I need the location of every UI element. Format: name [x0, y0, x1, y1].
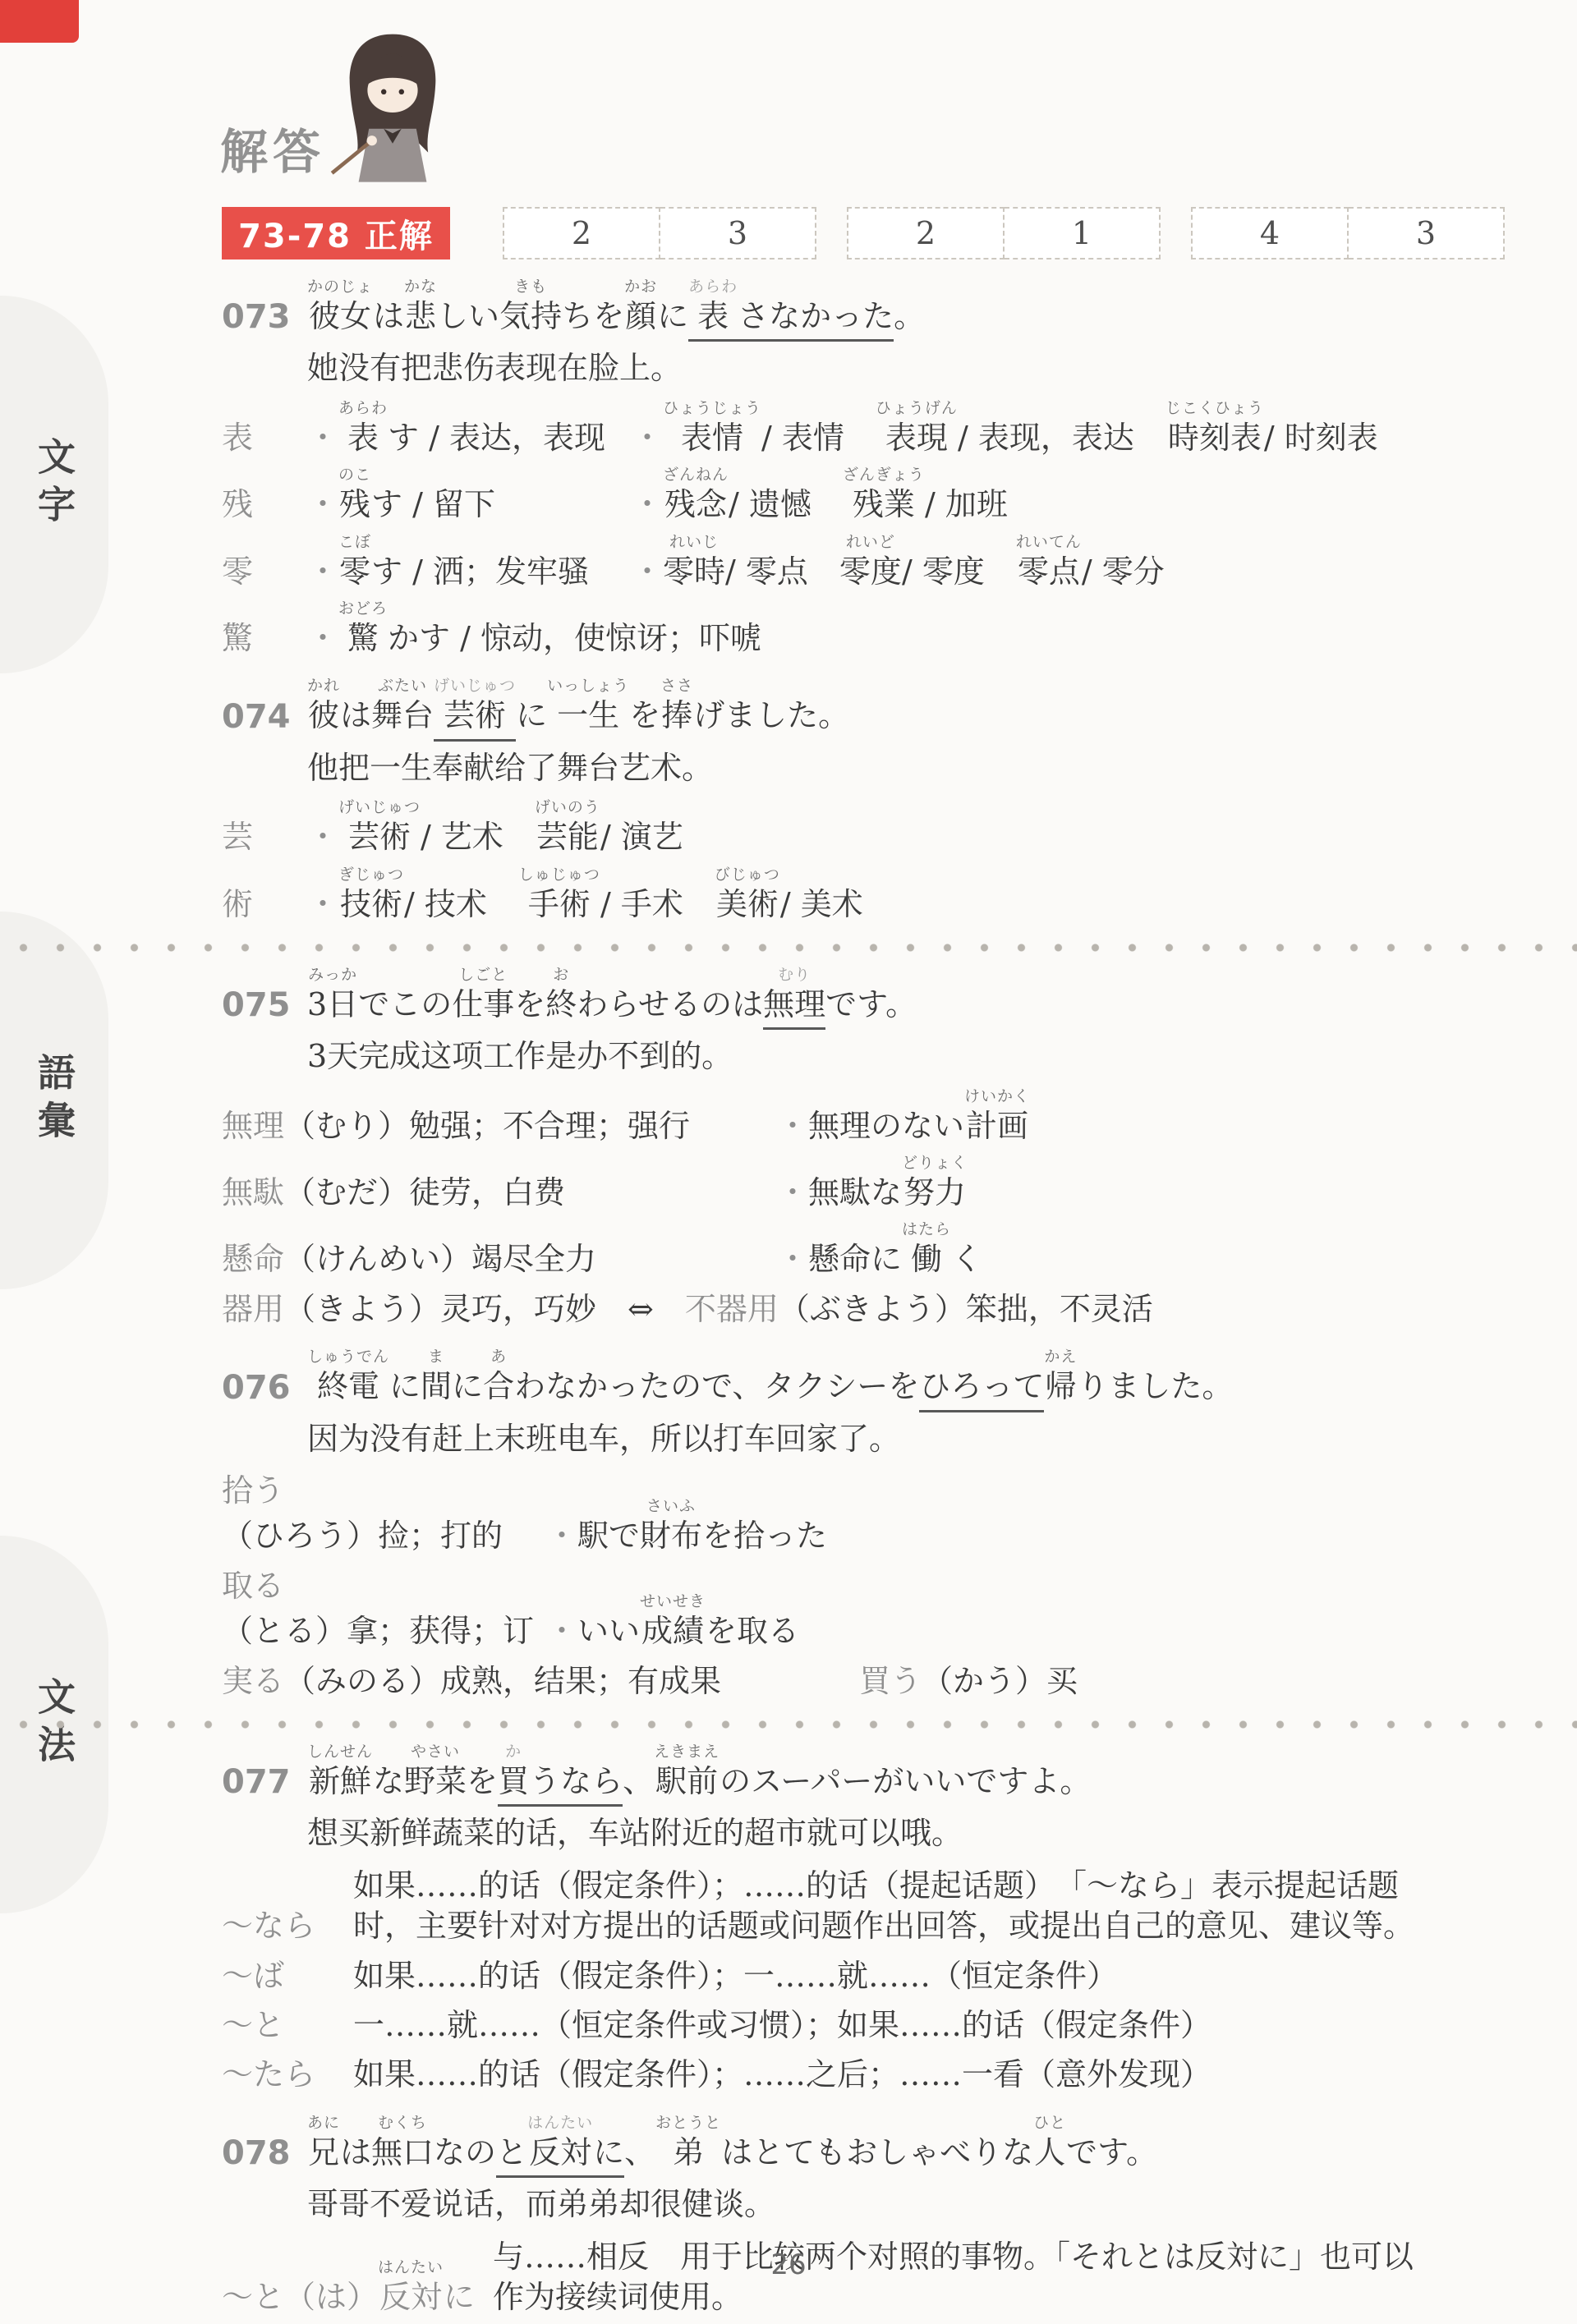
vocab-cell: ～なら [222, 1906, 353, 1951]
text-segment: はんたい反対 [527, 2115, 593, 2178]
text-segment: / 艺术 [421, 817, 535, 862]
vocab-cell: 如果……的话（假定条件）；……之后；……一看（意外发现） [353, 2055, 1426, 2100]
text-segment: ひょうげん表現 [876, 401, 958, 463]
furigana: あに [307, 2115, 340, 2133]
furigana: むり [763, 967, 825, 985]
text-segment: ひょうじょう表情 [663, 401, 761, 463]
vocab-row: 残・のこ残す / 留下・ざんねん残念 / 遗憾 ざんぎょう残業 / 加班 [222, 467, 1426, 530]
base-text: / 艺术 [421, 817, 535, 857]
text-segment: 拾う [222, 1471, 284, 1516]
text-segment: 術 [222, 884, 253, 930]
base-text: 成績 [640, 1611, 706, 1651]
text-segment: は [340, 2133, 371, 2178]
base-text: 零 [222, 552, 253, 592]
base-text: 驚 [338, 618, 388, 659]
question-row: 078あに兄はむくち無口なのとはんたい反対に、おとうと弟はとてもおしゃべりなひと… [222, 2115, 1426, 2178]
text-segment: ・ [307, 817, 338, 862]
text-segment: （ぶきよう）笨拙，不灵活 [779, 1289, 1153, 1334]
text-segment: / 时刻表 [1264, 418, 1378, 463]
text-segment: 無駄 [222, 1173, 284, 1218]
base-text: に [657, 296, 688, 337]
base-text: に [389, 1366, 421, 1407]
text-segment: く [951, 1239, 982, 1284]
base-text: く [951, 1239, 982, 1279]
text-segment: （ひろう）捡；打的 [222, 1516, 503, 1561]
textbook-answer-page: { "colors":{"accent_red":"#e8504a","corn… [0, 0, 1577, 2324]
text-segment: は [340, 696, 371, 741]
text-segment: 買う [859, 1661, 922, 1706]
base-text: 懸命に [808, 1239, 902, 1279]
text-segment: きも気持 [499, 279, 562, 342]
furigana: ざんねん [663, 467, 729, 485]
vocab-cell: ・駅でさいふ財布を拾った [546, 1499, 1426, 1561]
base-text: 捧 [660, 696, 693, 736]
base-text: ・ [777, 1106, 808, 1146]
question-number: 073 [222, 298, 307, 342]
base-text: 拾う [222, 1471, 284, 1511]
base-text: 無理 [763, 985, 825, 1025]
text-segment: （とる）拿；获得；订 [222, 1611, 534, 1656]
base-text: 舞台 [371, 696, 434, 736]
vocab-row: 器用（きよう）灵巧，巧妙 ⇔ 不器用（ぶきよう）笨拙，不灵活 [222, 1289, 1426, 1334]
base-text: 買う [859, 1661, 922, 1702]
sidebar-tab-goi: 語彙 [0, 912, 108, 1289]
base-text: のスーパーがいいですよ。 [720, 1761, 1091, 1802]
text-segment: じこくひょう時刻表 [1166, 401, 1264, 463]
answer-box-group: 21 [847, 207, 1161, 259]
furigana: かお [624, 279, 657, 296]
furigana: やさい [404, 1744, 467, 1761]
base-text: 新鮮 [307, 1761, 373, 1802]
text-segment: に [516, 696, 547, 741]
base-text: （きよう）灵巧，巧妙 ⇔ [284, 1289, 685, 1330]
base-text: / 表情 [761, 418, 876, 458]
text-segment: ささ捧 [660, 678, 693, 741]
base-text: 3日 [307, 985, 358, 1025]
base-text: 計画 [964, 1106, 1030, 1146]
base-text: / 演艺 [600, 817, 683, 857]
text-segment: えきまえ駅前 [654, 1744, 720, 1807]
base-text: 駅前 [654, 1761, 720, 1802]
translation-line: 她没有把悲伤表现在脸上。 [307, 348, 1426, 388]
base-text: は [340, 696, 371, 736]
base-text: ～と [222, 2005, 284, 2046]
base-text: を取る [706, 1611, 799, 1651]
text-segment: げました。 [693, 696, 849, 741]
base-text: ・ [632, 552, 663, 592]
base-text: / 零分 [1082, 552, 1165, 592]
text-segment: ・ [307, 485, 338, 530]
base-text: 野菜 [404, 1761, 467, 1802]
base-text: はとてもおしゃべりな [721, 2133, 1033, 2173]
base-text: わらせるのは [577, 985, 763, 1025]
base-text: ・ [307, 485, 338, 525]
base-text: 如果……的话（假定条件）；……的话（提起话题） 「～なら」表示提起话题时，主要针… [353, 1866, 1426, 1947]
furigana: ま [421, 1349, 452, 1366]
base-text: を [467, 1761, 498, 1802]
base-text: 芸術 [338, 817, 421, 857]
content-area: 73-78 正解 232143 073かのじょ彼女はかな悲しいきも気持ちをかお顔… [222, 207, 1426, 2324]
text-segment: いい [577, 1611, 640, 1656]
base-text: 実る [222, 1661, 284, 1702]
question-row: 073かのじょ彼女はかな悲しいきも気持ちをかお顔にあらわ表さなかった。 [222, 279, 1426, 342]
furigana: はたら [902, 1222, 951, 1239]
vocab-row: 無駄（むだ）徒劳，白费・無駄などりょく努力 [222, 1155, 1426, 1218]
vocab-cell: 残 [222, 485, 307, 530]
base-text: （かう）买 [922, 1661, 1078, 1702]
base-text: 彼女 [307, 296, 373, 337]
furigana: こぼ [338, 535, 371, 552]
base-text: な [373, 1761, 404, 1802]
text-segment: こぼ零 [338, 535, 371, 597]
base-text: / 零度 [902, 552, 1016, 592]
base-text: 残 [222, 485, 253, 525]
text-segment: に [389, 1366, 421, 1412]
text-segment: しごと仕事 [452, 967, 514, 1030]
text-segment: （みのる）成熟，结果；有成果 [284, 1661, 721, 1706]
text-segment: ～と [222, 2005, 284, 2051]
base-text: 器用 [222, 1289, 284, 1330]
base-text: うなら [529, 1761, 623, 1802]
text-segment: いっしょう一生 [547, 678, 629, 741]
text-segment: れいど零度 [839, 535, 902, 597]
furigana: はんたい [527, 2115, 593, 2133]
vocab-cell: 驚 [222, 618, 307, 664]
text-segment: ・ [307, 884, 338, 930]
text-segment: / 零点 [725, 552, 839, 597]
vocab-cell: 拾う（ひろう）捡；打的 [222, 1471, 546, 1562]
furigana: けいかく [964, 1089, 1030, 1106]
translation-line: 因为没有赶上末班电车，所以打车回家了。 [307, 1419, 1426, 1459]
base-text: 表 [338, 418, 388, 458]
text-segment: / 加班 [925, 485, 1008, 530]
text-segment: かな悲 [404, 279, 437, 342]
text-segment: と [496, 2133, 527, 2178]
text-segment: 零 [222, 552, 253, 597]
vocab-cell: 取る（とる）拿；获得；订 [222, 1566, 546, 1657]
text-segment: あらわ表 [338, 401, 388, 463]
base-text: す / 留下 [371, 485, 495, 525]
translation-line: 3天完成这项工作是办不到的。 [307, 1036, 1426, 1077]
base-text: 懸命 [222, 1239, 284, 1279]
text-segment: はとてもおしゃべりな [721, 2133, 1033, 2178]
base-text: 術 [222, 884, 253, 925]
base-text: 反対 [378, 2277, 444, 2317]
question-sentence: あに兄はむくち無口なのとはんたい反対に、おとうと弟はとてもおしゃべりなひと人です… [307, 2115, 1426, 2178]
furigana: かのじょ [307, 279, 373, 296]
text-segment: ひろって [919, 1366, 1044, 1412]
text-segment: / 技术 [404, 884, 518, 930]
text-segment: （むだ）徒劳，白费 [284, 1173, 565, 1218]
base-text: ・ [632, 418, 663, 458]
text-segment: を拾った [702, 1516, 827, 1561]
answer-banner: 73-78 正解 [222, 207, 450, 259]
base-text: / 加班 [925, 485, 1008, 525]
base-text: 顔 [624, 296, 657, 337]
text-segment: げいじゅつ芸術 [338, 800, 421, 862]
base-text: 一……就……（恒定条件或习惯）；如果……的话（假定条件） [353, 2005, 1211, 2046]
base-text: 芸術 [434, 696, 516, 736]
base-text: に [444, 2277, 475, 2317]
text-segment: / 零度 [902, 552, 1016, 597]
text-segment: ・ [632, 418, 663, 463]
answer-box-group: 23 [503, 207, 816, 259]
vocab-cell: ・ざんねん残念 / 遗憾 ざんぎょう残業 / 加班 [632, 467, 1426, 530]
base-text: 零点 [1016, 552, 1082, 592]
text-segment: ・ [777, 1173, 808, 1218]
base-text: を拾った [702, 1516, 827, 1556]
text-segment: ～たら [222, 2055, 315, 2100]
vocab-row: 取る（とる）拿；获得；订・いいせいせき成績を取る [222, 1566, 1426, 1657]
base-text: 零度 [839, 552, 902, 592]
vocab-row: ～なら如果……的话（假定条件）；……的话（提起话题） 「～なら」表示提起话题时，… [222, 1866, 1426, 1952]
base-text: ひろって [919, 1366, 1044, 1407]
text-segment: むり無理 [763, 967, 825, 1030]
furigana: れいじ [663, 535, 725, 552]
text-segment: す / 表达，表现 [388, 418, 605, 463]
text-segment: れいてん零点 [1016, 535, 1082, 597]
text-segment: ぶたい舞台 [371, 678, 434, 741]
question-number: 075 [222, 986, 307, 1030]
text-segment: 無理 [222, 1106, 284, 1151]
text-segment: / 演艺 [600, 817, 683, 862]
text-segment: ま間 [421, 1349, 452, 1412]
furigana: びじゅつ [715, 867, 780, 884]
vocab-cell: ・無理のないけいかく計画 [777, 1089, 1426, 1151]
text-segment: のこ残 [338, 467, 371, 530]
base-text: ・ [307, 552, 338, 592]
base-text: 悲 [404, 296, 437, 337]
base-text: 弟 [655, 2133, 721, 2173]
question-number: 077 [222, 1763, 307, 1807]
text-segment: でこの [358, 985, 452, 1030]
sidebar-tab-label: 語彙 [27, 1053, 81, 1148]
text-segment: ぎじゅつ技術 [338, 867, 404, 930]
text-segment: やさい野菜 [404, 1744, 467, 1807]
vocab-cell: ・こぼ零す / 洒；发牢骚 [307, 535, 632, 597]
base-text: 不器用 [685, 1289, 779, 1330]
text-segment: びじゅつ美術 [715, 867, 780, 930]
base-text: ・ [307, 817, 338, 857]
furigana: あ [483, 1349, 514, 1366]
vocab-row: ～たら如果……的话（假定条件）；……之后；……一看（意外发现） [222, 2055, 1426, 2100]
text-segment: かれ彼 [307, 678, 340, 741]
base-text: に [516, 696, 547, 736]
furigana: れいてん [1016, 535, 1082, 552]
text-segment: を [514, 985, 545, 1030]
base-text: 無口 [371, 2133, 434, 2173]
base-text: しい [437, 296, 499, 337]
base-text: 美術 [715, 884, 780, 925]
text-segment: ・ [307, 618, 338, 664]
text-segment: ひと人 [1033, 2115, 1066, 2178]
base-text: でこの [358, 985, 452, 1025]
vocab-cell: ・おどろ驚かす / 惊动，使惊讶；吓唬 [307, 601, 1426, 664]
text-segment: あらわ表 [688, 279, 738, 342]
text-segment: に [452, 1366, 483, 1412]
vocab-cell: ～ば [222, 1956, 353, 2001]
text-segment: ～と（は） [222, 2277, 378, 2322]
text-segment: 、 [624, 2133, 655, 2178]
question-number: 076 [222, 1369, 307, 1412]
text-segment: しい [437, 296, 499, 342]
text-segment: せいせき成績 [640, 1594, 706, 1656]
question-row: 077しんせん新鮮なやさい野菜をか買うなら、えきまえ駅前のスーパーがいいですよ。 [222, 1744, 1426, 1807]
text-segment: / 表现，表达 [958, 418, 1166, 463]
base-text: 、 [624, 2133, 655, 2173]
text-segment: 如果……的话（假定条件）；……的话（提起话题） 「～なら」表示提起话题时，主要针… [353, 1866, 1426, 1952]
text-segment: （かう）买 [922, 1661, 1078, 1706]
base-text: は [373, 296, 404, 337]
base-text: に [452, 1366, 483, 1407]
vocab-row: 芸・げいじゅつ芸術 / 艺术 げいのう芸能 / 演艺 [222, 800, 1426, 862]
text-segment: （けんめい）竭尽全力 [284, 1239, 596, 1284]
text-segment: / 美术 [780, 884, 863, 930]
page-number: 26 [0, 2248, 1577, 2281]
base-text: ～ば [222, 1956, 284, 1996]
text-segment: ざんねん残念 [663, 467, 729, 530]
base-text: ～たら [222, 2055, 315, 2095]
text-segment: しゅうでん終電 [307, 1349, 389, 1412]
base-text: ・ [546, 1611, 577, 1651]
furigana: げいじゅつ [434, 678, 516, 696]
text-segment: に [657, 296, 688, 342]
text-segment: りました。 [1077, 1366, 1233, 1412]
base-text: 取る [222, 1566, 284, 1606]
text-segment: です。 [1066, 2133, 1157, 2178]
furigana: あらわ [688, 279, 738, 296]
sidebar-tab-moji: 文字 [0, 296, 108, 673]
furigana: ひと [1033, 2115, 1066, 2133]
base-text: と [496, 2133, 527, 2173]
translation-line: 他把一生奉献给了舞台艺术。 [307, 748, 1426, 788]
text-segment: 懸命 [222, 1239, 284, 1284]
vocab-cell: ・のこ残す / 留下 [307, 467, 632, 530]
text-segment: なの [434, 2133, 496, 2178]
base-text: わなかったので、タクシーを [514, 1366, 919, 1407]
dotted-separator [0, 1720, 1577, 1729]
answer-value: 4 [1191, 207, 1349, 259]
base-text: 如果……的话（假定条件）；……之后；……一看（意外发现） [353, 2055, 1211, 2095]
vocab-cell: 懸命（けんめい）竭尽全力 [222, 1239, 777, 1284]
base-text: です。 [825, 985, 917, 1025]
text-segment: ・ [632, 485, 663, 530]
furigana: ひょうげん [876, 401, 958, 418]
text-segment: かえ帰 [1044, 1349, 1077, 1412]
base-text: / 遗憾 [729, 485, 843, 525]
base-text: / 时刻表 [1264, 418, 1378, 458]
base-text: 買 [498, 1761, 529, 1802]
text-segment: おどろ驚 [338, 601, 388, 664]
text-segment: ・ [546, 1516, 577, 1561]
base-text: 表情 [663, 418, 761, 458]
text-segment: な [373, 1761, 404, 1807]
text-segment: に [593, 2133, 624, 2178]
base-text: す / 洒；发牢骚 [371, 552, 589, 592]
base-text: ・ [632, 485, 663, 525]
text-segment: しゅじゅつ手術 [518, 867, 600, 930]
furigana: どりょく [902, 1155, 968, 1173]
base-text: （みのる）成熟，结果；有成果 [284, 1661, 721, 1702]
dotted-separator [0, 943, 1577, 953]
base-text: 働 [902, 1239, 951, 1279]
text-segment: す / 洒；发牢骚 [371, 552, 589, 597]
furigana: ざんぎょう [843, 467, 925, 485]
base-text: を [514, 985, 545, 1025]
text-segment: 取る [222, 1566, 284, 1611]
text-segment: かお顔 [624, 279, 657, 342]
text-segment: あに兄 [307, 2115, 340, 2178]
base-text: 気持 [499, 296, 562, 337]
base-text: 無理 [222, 1106, 284, 1146]
vocab-cell: ・懸命にはたら働く [777, 1222, 1426, 1284]
furigana: きも [499, 279, 562, 296]
furigana: しんせん [307, 1744, 373, 1761]
furigana: あらわ [338, 401, 388, 418]
text-segment: さなかった [738, 296, 894, 342]
base-text: / 表现，表达 [958, 418, 1166, 458]
vocab-row: 拾う（ひろう）捡；打的・駅でさいふ財布を拾った [222, 1471, 1426, 1562]
base-text: に [593, 2133, 624, 2173]
vocab-cell: 表 [222, 418, 307, 463]
vocab-row: ～と一……就……（恒定条件或习惯）；如果……的话（假定条件） [222, 2005, 1426, 2051]
question-sentence: かのじょ彼女はかな悲しいきも気持ちをかお顔にあらわ表さなかった。 [307, 279, 1426, 342]
text-segment: わらせるのは [577, 985, 763, 1030]
furigana: れいど [839, 535, 902, 552]
furigana: げいのう [535, 800, 600, 817]
furigana: のこ [338, 467, 371, 485]
furigana: か [498, 1744, 529, 1761]
base-text: 。 [894, 296, 925, 337]
vocab-cell: ・無駄などりょく努力 [777, 1155, 1426, 1218]
base-text: ・ [546, 1516, 577, 1556]
text-segment: / 手术 [600, 884, 715, 930]
vocab-cell: ・ひょうじょう表情 / 表情 ひょうげん表現 / 表现，表达 じこくひょう時刻表… [632, 401, 1426, 463]
vocab-row: 無理（むり）勉强；不合理；强行・無理のないけいかく計画 [222, 1089, 1426, 1151]
text-segment: 、 [623, 1761, 654, 1807]
base-text: 表 [222, 418, 253, 458]
base-text: 一生 [547, 696, 629, 736]
vocab-cell: ～たら [222, 2055, 353, 2100]
base-text: 零時 [663, 552, 725, 592]
base-text: 表 [688, 296, 738, 337]
base-text: 駅で [577, 1516, 640, 1556]
base-text: （とる）拿；获得；订 [222, 1611, 534, 1651]
text-segment: 無理のない [808, 1106, 964, 1151]
text-segment: 。 [894, 296, 925, 342]
base-text: ～なら [222, 1906, 315, 1946]
furigana: ぶたい [371, 678, 434, 696]
base-text: / 技术 [404, 884, 518, 925]
base-text: 芸 [222, 817, 253, 857]
base-text: 兄 [307, 2133, 340, 2173]
furigana: えきまえ [654, 1744, 720, 1761]
base-text: 芸能 [535, 817, 600, 857]
base-text: ・ [307, 418, 338, 458]
base-text: は [340, 2133, 371, 2173]
vocab-cell: 器用（きよう）灵巧，巧妙 ⇔ 不器用（ぶきよう）笨拙，不灵活 [222, 1289, 1426, 1334]
answer-value: 2 [847, 207, 1005, 259]
text-segment: 如果……的话（假定条件）；一……就……（恒定条件） [353, 1956, 1118, 2001]
furigana: お [545, 967, 577, 985]
question-number: 074 [222, 698, 307, 742]
question-sentence: しゅうでん終電にま間にあ合わなかったので、タクシーをひろってかえ帰りました。 [307, 1349, 1426, 1412]
base-text: 零 [338, 552, 371, 592]
furigana: ぎじゅつ [338, 867, 404, 884]
text-segment: ちを [562, 296, 624, 342]
base-text: 終電 [307, 1366, 389, 1407]
text-segment: げいのう芸能 [535, 800, 600, 862]
